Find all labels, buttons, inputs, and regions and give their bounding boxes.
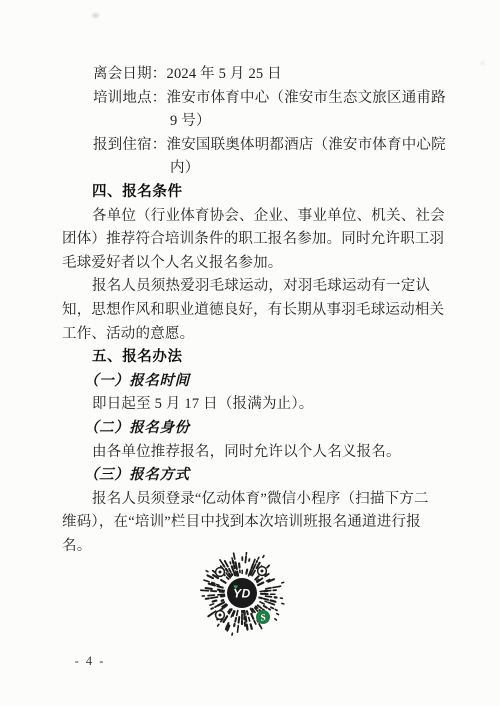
qr-logo-text: YD xyxy=(233,587,251,601)
sub-section-heading: （三）报名方式 xyxy=(62,464,454,488)
text-line: 培训地点：淮安市体育中心（淮安市生态文旅区通甫路 xyxy=(62,87,454,111)
text-line: 报到住宿：淮安国联奥体明都酒店（淮安市体育中心院 xyxy=(62,134,454,158)
text-line: 工作、活动的意愿。 xyxy=(62,323,454,347)
text-line: 团体）推荐符合培训条件的职工报名参加。同时允许职工羽 xyxy=(62,228,454,252)
sub-section-heading: （二）报名身份 xyxy=(62,417,454,441)
text-line: 知，思想作风和职业道德良好，有长期从事羽毛球运动相关 xyxy=(62,299,454,323)
scan-artifact xyxy=(480,61,485,65)
text-line: 内） xyxy=(62,157,454,181)
document-text-block: 离会日期：2024 年 5 月 25 日培训地点：淮安市体育中心（淮安市生态文旅… xyxy=(62,0,454,558)
text-line: 毛球爱好者以个人名义报名参加。 xyxy=(62,252,454,276)
section-heading: 四、报名条件 xyxy=(62,181,454,205)
document-page: 离会日期：2024 年 5 月 25 日培训地点：淮安市体育中心（淮安市生态文旅… xyxy=(0,0,500,706)
text-line: 即日起至 5 月 17 日（报满为止）。 xyxy=(62,393,454,417)
text-line: 9 号） xyxy=(62,110,454,134)
qr-code: YDS xyxy=(197,552,287,642)
text-line: 维码），在“培训”栏目中找到本次培训班报名通道进行报 xyxy=(62,511,454,535)
text-line: 报名人员须登录“亿动体育”微信小程序（扫描下方二 xyxy=(62,488,454,512)
text-line: 各单位（行业体育协会、企业、事业单位、机关、社会 xyxy=(62,205,454,229)
sub-section-heading: （一）报名时间 xyxy=(62,370,454,394)
section-heading: 五、报名办法 xyxy=(62,346,454,370)
text-line: 离会日期：2024 年 5 月 25 日 xyxy=(62,63,454,87)
text-line: 报名人员须热爱羽毛球运动，对羽毛球运动有一定认 xyxy=(62,275,454,299)
page-number: - 4 - xyxy=(60,654,120,669)
text-line: 由各单位推荐报名，同时允许以个人名义报名。 xyxy=(62,441,454,465)
